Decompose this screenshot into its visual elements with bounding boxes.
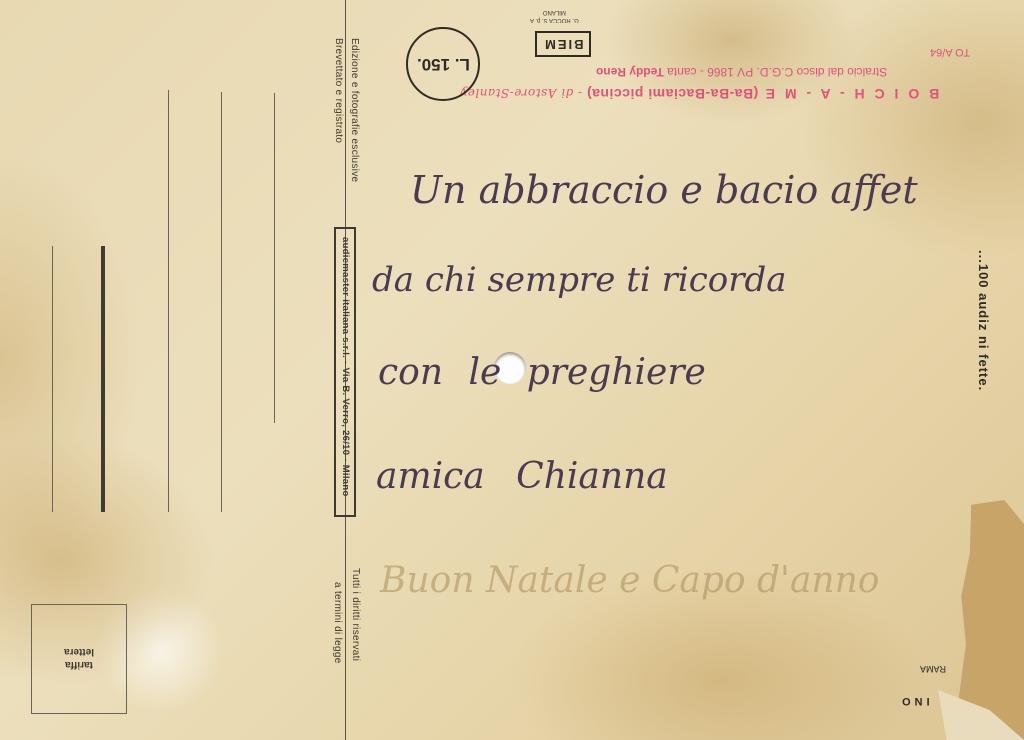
price-text: L. 150. — [417, 54, 470, 74]
handwritten-line-2: da chi sempre ti ricorda — [372, 260, 787, 300]
fragment-ino: INO — [898, 695, 930, 707]
price-stamp: L. 150. — [406, 27, 480, 101]
biem-issuer-line2: MILANO — [530, 8, 579, 16]
address-line-bold — [101, 246, 105, 512]
address-line — [168, 90, 169, 512]
record-source: Stralcio dal disco C.G.D. PV 1866 - cant… — [596, 65, 887, 79]
biem-box: BIEM — [535, 31, 591, 57]
stamp-label-lettera: lettera — [32, 645, 126, 658]
address-line — [221, 92, 222, 512]
side-slogan: ...100 audiz ni fette. — [976, 250, 991, 391]
biem-issuer-line1: G. ROCCA S. p. A — [530, 16, 579, 24]
record-title-main: B O I C H - A - M E — [763, 86, 940, 102]
fragment-rama: RAMA — [920, 664, 946, 674]
company-box: audiemaster italiana s.r.l. - Via B. Ver… — [334, 227, 356, 517]
handwritten-line-4: amica Chianna — [376, 456, 668, 497]
biem-issuer: G. ROCCA S. p. A MILANO — [530, 8, 579, 24]
stamp-label-tariffa: tariffa — [32, 658, 126, 671]
stamp-box: tariffa lettera — [31, 604, 127, 714]
record-singer: Teddy Reno — [596, 65, 664, 79]
handwritten-faded-greeting: Buon Natale e Capo d'anno — [380, 560, 879, 601]
record-title: B O I C H - A - M E (Ba-Ba-Baciami picci… — [460, 86, 939, 102]
rights-text-1: Tutti i diritti riservati — [350, 568, 361, 661]
record-title-sub: (Ba-Ba-Baciami piccina) — [587, 86, 759, 102]
edition-text: Edizione e fotografie esclusive — [349, 38, 360, 182]
record-source-prefix: Stralcio dal disco C.G.D. PV 1866 - cant… — [667, 65, 887, 79]
record-authors: - di Astore-Stanley — [460, 86, 582, 100]
address-line — [52, 246, 53, 512]
address-line — [274, 93, 275, 423]
handwritten-line-1: Un abbraccio e bacio affet — [410, 168, 918, 212]
stamp-box-label: tariffa lettera — [32, 645, 126, 671]
postcard-back: tariffa lettera Edizione e fotografie es… — [0, 0, 1024, 740]
handwritten-line-3: con le preghiere — [378, 352, 706, 393]
company-address: audiemaster italiana s.r.l. - Via B. Ver… — [340, 237, 351, 497]
biem-label: BIEM — [543, 37, 584, 52]
patent-text: Brevettato e registrato — [333, 38, 344, 143]
record-code: TO A/64 — [930, 46, 970, 58]
rights-text-2: a termini di legge — [332, 582, 343, 664]
